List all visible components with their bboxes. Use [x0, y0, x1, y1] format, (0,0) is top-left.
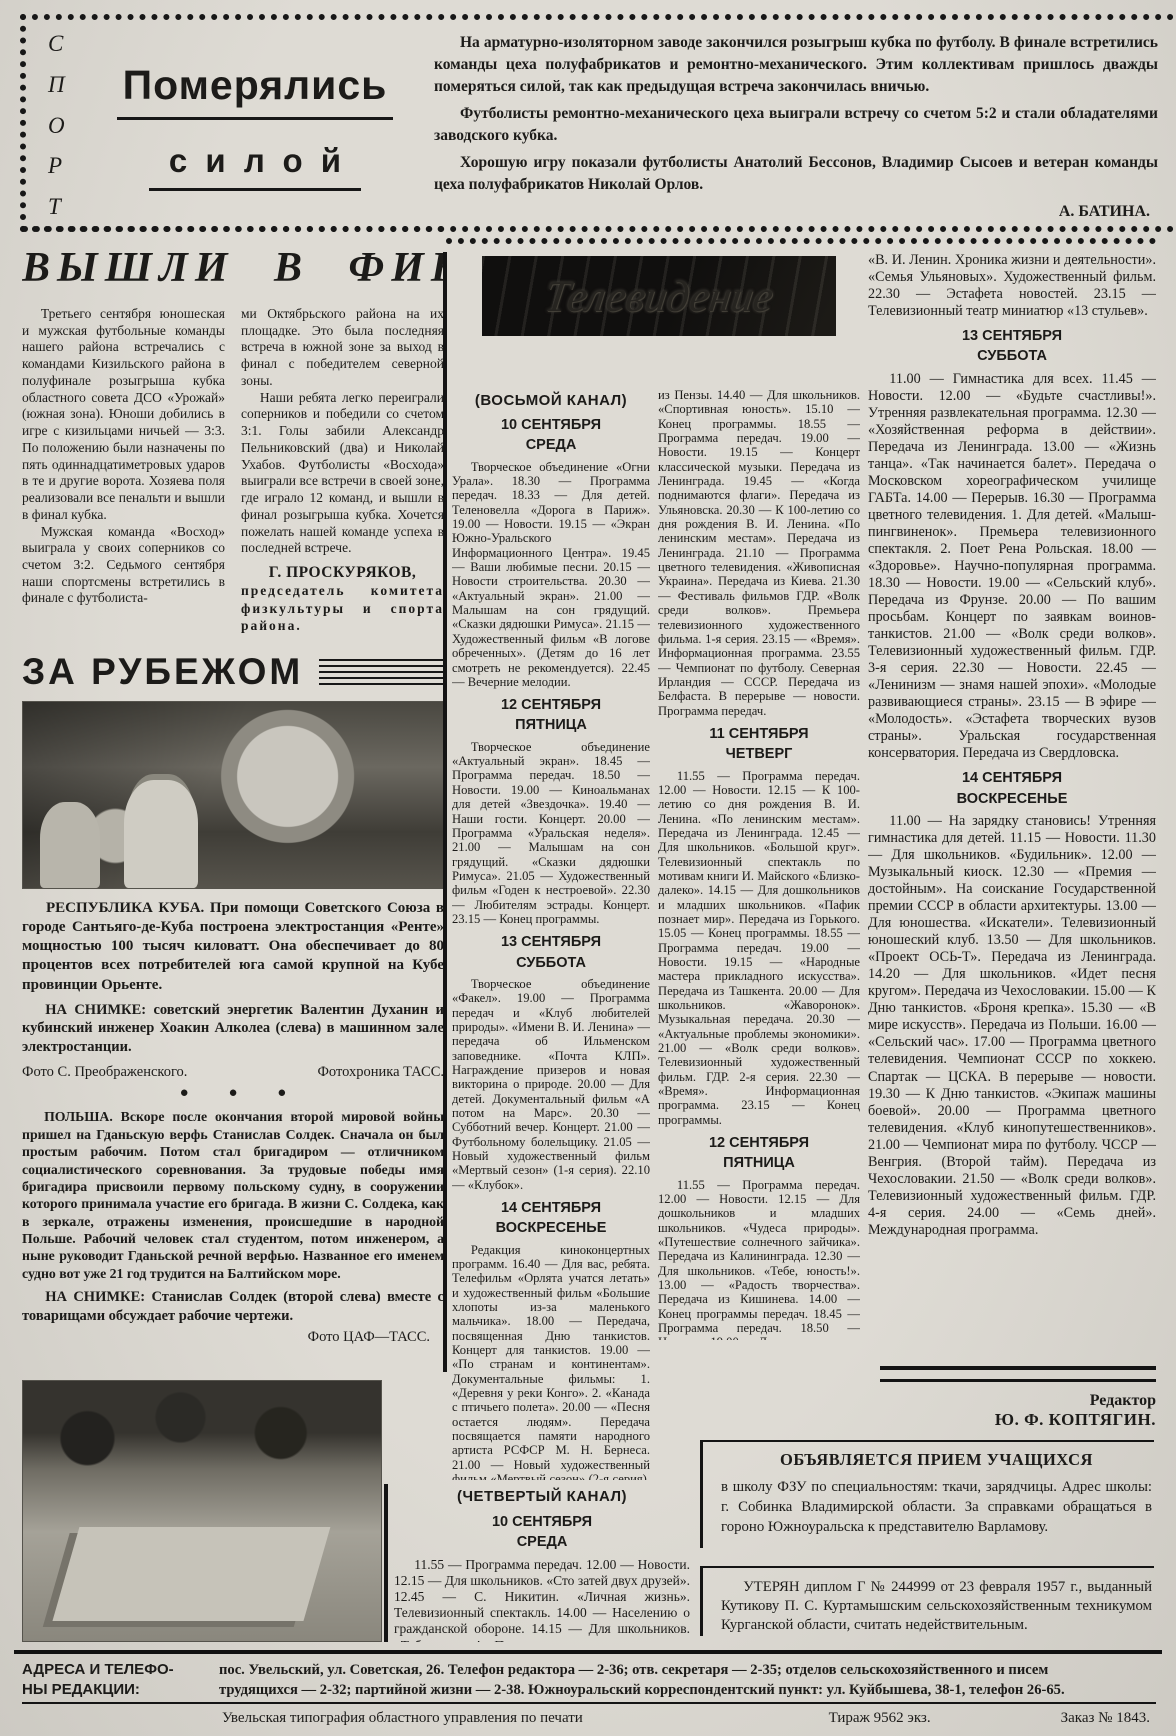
tv-column-1: (ВОСЬМОЙ КАНАЛ)10 СЕНТЯБРЯСРЕДАТворческо… — [452, 388, 650, 1480]
tv-date-heading: 10 СЕНТЯБРЯСРЕДА — [452, 415, 650, 456]
tv-date-heading: 14 СЕНТЯБРЯВОСКРЕСЕНЬЕ — [452, 1198, 650, 1239]
footer-address-text: пос. Увельский, ул. Советская, 26. Телеф… — [219, 1660, 1156, 1701]
imprint-row: Увельская типография областного управлен… — [22, 1702, 1156, 1727]
tv-date-heading-line: 13 СЕНТЯБРЯ — [868, 326, 1156, 346]
tv-section-top-border — [446, 238, 1156, 244]
admission-notice: ОБЪЯВЛЯЕТСЯ ПРИЕМ УЧАЩИХСЯ в школу ФЗУ п… — [700, 1440, 1154, 1548]
sport-vertical-letter: Р — [48, 154, 106, 177]
tv-date-heading-line: 12 СЕНТЯБРЯ — [658, 1133, 860, 1153]
abroad-title: ЗА РУБЕЖОМ — [22, 651, 303, 693]
tv-listing-paragraph: Творческое объединение «Факел». 19.00 — … — [452, 977, 650, 1192]
sport-headline: Померялись силой — [106, 28, 404, 220]
tv-date-heading-line: 12 СЕНТЯБРЯ — [452, 695, 650, 715]
sport-vertical-letter: О — [48, 114, 106, 137]
footer-heavy-rule — [14, 1650, 1162, 1654]
poland-paragraph: ПОЛЬША. Вскоре после окончания второй ми… — [22, 1108, 444, 1282]
tv-date-heading: 14 СЕНТЯБРЯВОСКРЕСЕНЬЕ — [868, 768, 1156, 809]
sport-vertical-letter: П — [48, 73, 106, 96]
photo-cuba-power-station — [22, 701, 444, 889]
tv-listing-paragraph: из Пензы. 14.40 — Для школьников. «Спорт… — [658, 388, 860, 718]
tv-column-3: «В. И. Ленин. Хроника жизни и деятельнос… — [868, 252, 1156, 1364]
tv-date-heading-line: 14 СЕНТЯБРЯ — [868, 768, 1156, 788]
sport-section: СПОРТ Померялись силой На арматурно-изол… — [20, 14, 1176, 232]
abroad-title-lines-decoration — [319, 659, 444, 685]
tv-channel-heading: (ВОСЬМОЙ КАНАЛ) — [452, 392, 650, 409]
final-signature-role: председатель комитета физкультуры и спор… — [241, 582, 444, 635]
tv-listing-paragraph: 11.55 — Программа передач. 12.00 — Новос… — [394, 1557, 690, 1642]
tv-listing-paragraph: Творческое объединение «Огни Урала». 18.… — [452, 460, 650, 690]
vertical-column-divider — [443, 252, 447, 1372]
tv-listing-paragraph: 11.55 — Программа передач. 12.00 — Новос… — [658, 769, 860, 1128]
tv-date-heading: 12 СЕНТЯБРЯПЯТНИЦА — [658, 1133, 860, 1174]
tv-date-heading-line: 13 СЕНТЯБРЯ — [452, 932, 650, 952]
footer-address-line-2: трудящихся — 2-32; партийной жизни — 2-3… — [219, 1680, 1156, 1700]
editor-signature: Редактор Ю. Ф. КОПТЯГИН. — [880, 1366, 1156, 1430]
sport-article-paragraph: На арматурно-изоляторном заводе закончил… — [434, 32, 1158, 98]
final-article-paragraph: ми Октябрьского района на их площадке. Э… — [241, 306, 444, 390]
sport-headline-line1: Померялись — [117, 62, 394, 120]
footer-address-label: АДРЕСА И ТЕЛЕФО- НЫ РЕДАКЦИИ: — [22, 1660, 207, 1701]
tv-column-2: из Пензы. 14.40 — Для школьников. «Спорт… — [658, 388, 860, 1340]
cuba-photo-credits: Фото С. Преображенского. Фотохроника ТАС… — [22, 1064, 444, 1081]
photo-gdansk-shipyard — [22, 1380, 382, 1642]
imprint-order-number: Заказ № 1843. — [1061, 1710, 1150, 1727]
tv-date-heading-line: 14 СЕНТЯБРЯ — [452, 1198, 650, 1218]
sport-vertical-title: СПОРТ — [40, 28, 106, 220]
tv-listing-paragraph: 11.55 — Программа передач. 12.00 — Новос… — [658, 1178, 860, 1340]
tv-date-heading: 10 СЕНТЯБРЯСРЕДА — [394, 1512, 690, 1553]
tv-listing-paragraph: Творческое объединение «Актуальный экран… — [452, 740, 650, 926]
footer-address-label-line2: НЫ РЕДАКЦИИ: — [22, 1680, 207, 1700]
tv-section-masthead: Телевидение — [482, 256, 836, 336]
tv-date-heading: 13 СЕНТЯБРЯСУББОТА — [868, 326, 1156, 367]
left-column: ВЫШЛИ В ФИНАЛ Третьего сентября юношеска… — [22, 226, 444, 1374]
final-article-column-2: ми Октябрьского района на их площадке. Э… — [241, 306, 444, 635]
sport-signature: А. БАТИНА. — [434, 201, 1158, 224]
footer-address-label-line1: АДРЕСА И ТЕЛЕФО- — [22, 1660, 207, 1680]
tv-date-heading-line: СРЕДА — [452, 435, 650, 455]
tv-date-heading-line: ПЯТНИЦА — [658, 1153, 860, 1173]
final-article-paragraph: Мужская команда «Восход» выиграла у свои… — [22, 524, 225, 608]
tv-date-heading-line: ПЯТНИЦА — [452, 715, 650, 735]
tv-listing-paragraph: 11.00 — Гимнастика для всех. 11.45 — Нов… — [868, 371, 1156, 763]
final-signature-name: Г. ПРОСКУРЯКОВ, — [241, 563, 444, 582]
poland-photo-caption: НА СНИМКЕ: Станислав Солдек (второй слев… — [22, 1288, 444, 1325]
sport-headline-line2: силой — [149, 142, 362, 191]
sport-vertical-letter: Т — [48, 195, 106, 218]
cuba-paragraph: РЕСПУБЛИКА КУБА. При помощи Советского С… — [22, 899, 444, 995]
admission-body: в школу ФЗУ по специальностям: ткачи, за… — [721, 1478, 1152, 1538]
tv-date-heading-line: 11 СЕНТЯБРЯ — [658, 724, 860, 744]
admission-title: ОБЪЯВЛЯЕТСЯ ПРИЕМ УЧАЩИХСЯ — [721, 1450, 1152, 1470]
abroad-section-header: ЗА РУБЕЖОМ — [22, 651, 444, 693]
final-article-columns: Третьего сентября юношеская и мужская фу… — [22, 306, 444, 635]
tv-column-1-bottom: (ЧЕТВЕРТЫЙ КАНАЛ)10 СЕНТЯБРЯСРЕДА11.55 —… — [394, 1484, 690, 1642]
imprint-typography: Увельская типография областного управлен… — [222, 1710, 583, 1727]
sport-article-paragraph: Футболисты ремонтно-механического цеха в… — [434, 103, 1158, 147]
footer-address-block: АДРЕСА И ТЕЛЕФО- НЫ РЕДАКЦИИ: пос. Увель… — [22, 1660, 1156, 1701]
sport-article: На арматурно-изоляторном заводе закончил… — [404, 28, 1164, 220]
imprint-circulation: Тираж 9562 экз. — [829, 1710, 931, 1727]
tv-date-heading: 13 СЕНТЯБРЯСУББОТА — [452, 932, 650, 973]
tv-date-heading-line: ВОСКРЕСЕНЬЕ — [452, 1218, 650, 1238]
final-article-title: ВЫШЛИ В ФИНАЛ — [22, 244, 444, 292]
tv-date-heading: 12 СЕНТЯБРЯПЯТНИЦА — [452, 695, 650, 736]
tv-listing-paragraph: 11.00 — На зарядку становись! Утренняя г… — [868, 813, 1156, 1239]
footer-address-line-1: пос. Увельский, ул. Советская, 26. Телеф… — [219, 1660, 1156, 1680]
tv-listing-paragraph: «В. И. Ленин. Хроника жизни и деятельнос… — [868, 252, 1156, 320]
sport-article-paragraph: Хорошую игру показали футболисты Анатоли… — [434, 152, 1158, 196]
editor-label: Редактор — [880, 1392, 1156, 1410]
final-article-paragraph: Наши ребята легко переиграли соперников … — [241, 390, 444, 557]
tv-date-heading-line: ВОСКРЕСЕНЬЕ — [868, 789, 1156, 809]
editor-double-rule — [880, 1366, 1156, 1382]
tv-listing-paragraph: Редакция киноконцертных программ. 16.40 … — [452, 1243, 650, 1480]
tv-date-heading-line: ЧЕТВЕРГ — [658, 744, 860, 764]
cuba-photo-caption: НА СНИМКЕ: советский энергетик Валентин … — [22, 1001, 444, 1057]
poland-photo-credit: Фото ЦАФ—ТАСС. — [22, 1329, 444, 1346]
photo-credit-photographer: Фото С. Преображенского. — [22, 1064, 187, 1081]
tv-date-heading-line: 10 СЕНТЯБРЯ — [452, 415, 650, 435]
tv-date-heading: 11 СЕНТЯБРЯЧЕТВЕРГ — [658, 724, 860, 765]
vertical-column-divider-2 — [384, 1484, 388, 1642]
tv-date-heading-line: 10 СЕНТЯБРЯ — [394, 1512, 690, 1532]
tv-date-heading-line: СУББОТА — [868, 346, 1156, 366]
tv-date-heading-line: СРЕДА — [394, 1532, 690, 1552]
newspaper-page: СПОРТ Померялись силой На арматурно-изол… — [0, 0, 1176, 1736]
photo-credit-agency: Фотохроника ТАСС. — [317, 1064, 444, 1081]
lost-diploma-notice: УТЕРЯН диплом Г № 244999 от 23 февраля 1… — [700, 1566, 1154, 1636]
editor-name: Ю. Ф. КОПТЯГИН. — [880, 1410, 1156, 1430]
tv-channel-heading: (ЧЕТВЕРТЫЙ КАНАЛ) — [394, 1488, 690, 1506]
final-article-column-1: Третьего сентября юношеская и мужская фу… — [22, 306, 225, 635]
tv-date-heading-line: СУББОТА — [452, 953, 650, 973]
tv-masthead-script: Телевидение — [541, 271, 776, 322]
sport-vertical-letter: С — [48, 32, 106, 55]
final-article-paragraph: Третьего сентября юношеская и мужская фу… — [22, 306, 225, 524]
dots-separator: ● ● ● — [22, 1085, 444, 1102]
